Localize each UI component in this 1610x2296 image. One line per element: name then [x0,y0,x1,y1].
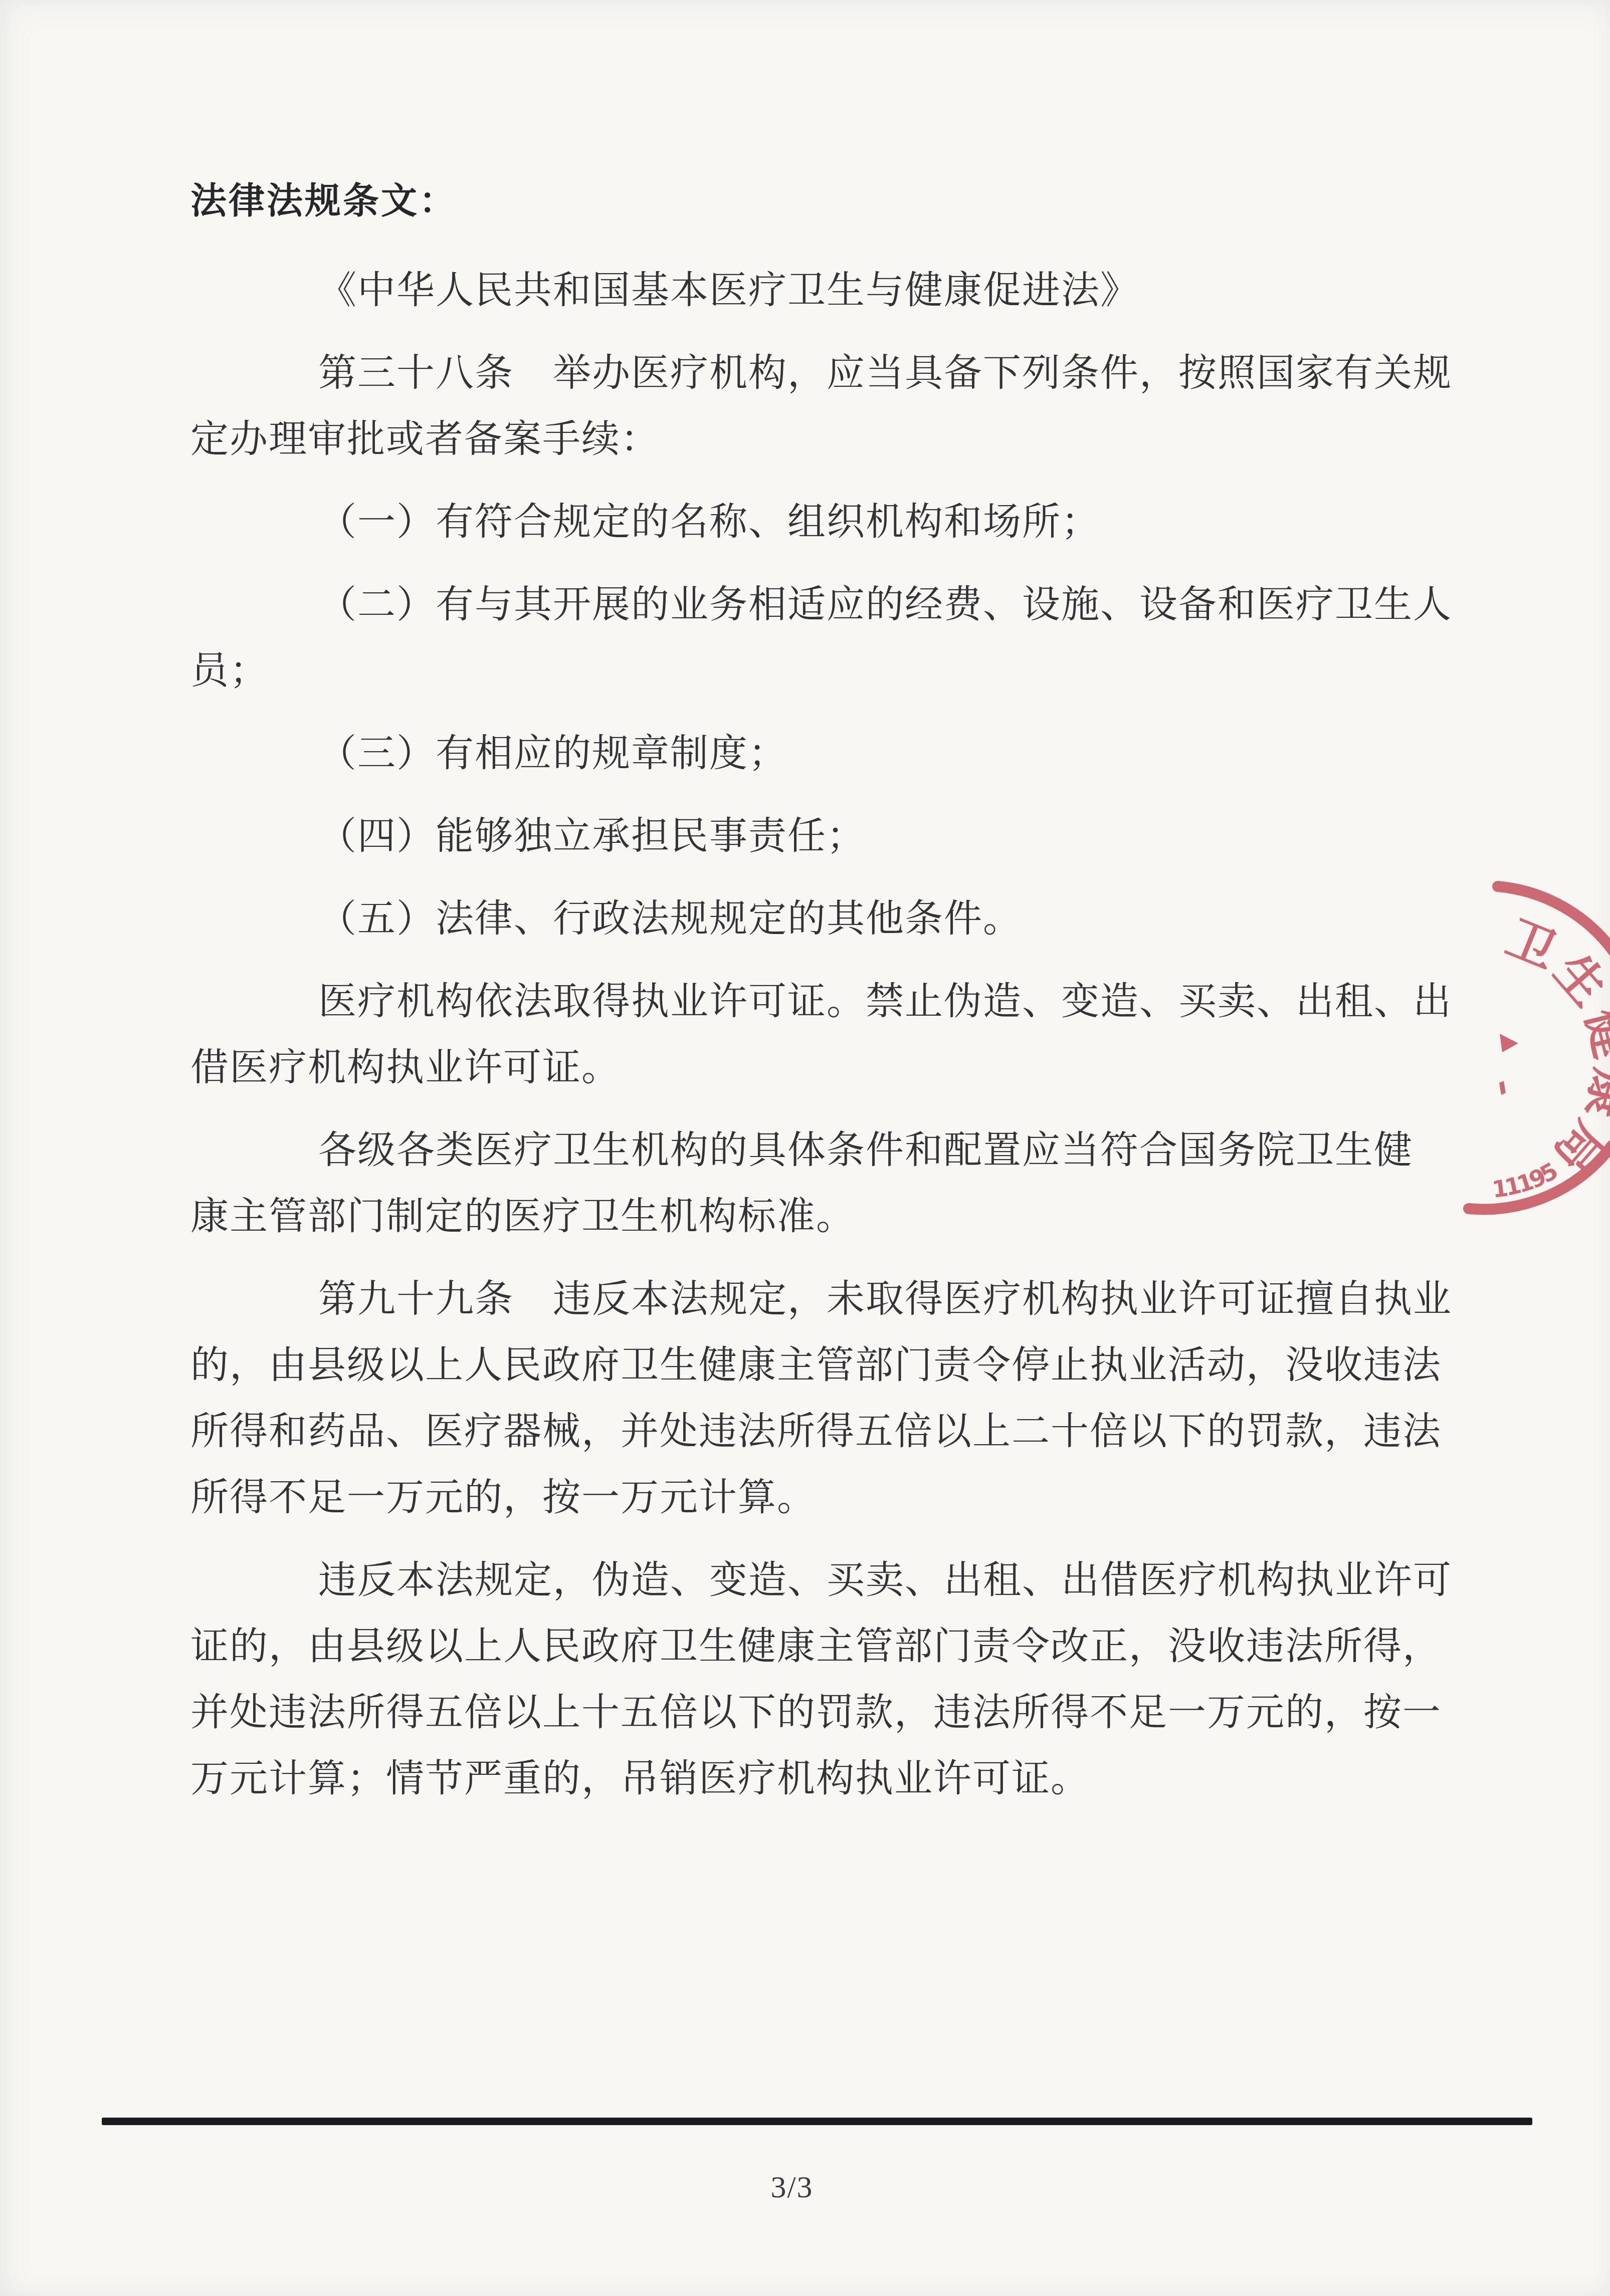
page-number: 3/3 [0,2170,1584,2205]
text-line: （四）能够独立承担民事责任； [190,803,1586,869]
seal-text-char: 健 [1575,1003,1610,1063]
seal-text-char: 康 [1575,1064,1610,1124]
text-line: 定办理审批或者备案手续： [190,406,1459,473]
seal-text-char: 卫 [1499,909,1564,980]
official-seal-stamp: 卫 生 健 康 局 1 1 1 9 5 [1303,862,1610,1243]
text-line: （三）有相应的规章制度； [190,721,1586,787]
text-line: 康主管部门制定的医疗卫生机构标准。 [190,1184,1459,1250]
seal-text: 卫 生 健 康 局 [1499,909,1610,1184]
text-line: （一）有符合规定的名称、组织机构和场所； [190,489,1586,555]
text-line: 所得和药品、医疗器械，并处违法所得五倍以上二十倍以下的罚款，违法 [190,1399,1459,1465]
text-line: 第三十八条 举办医疗机构，应当具备下列条件，按照国家有关规 [190,340,1586,406]
text-line: 所得不足一万元的，按一万元计算。 [190,1465,1459,1531]
footer-divider [102,2118,1532,2125]
text-line: 员； [190,638,1459,704]
text-line: 《中华人民共和国基本医疗卫生与健康促进法》 [190,258,1586,324]
text-line: 借医疗机构执业许可证。 [190,1035,1459,1101]
text-line: 万元计算；情节严重的，吊销医疗机构执业许可证。 [190,1746,1459,1812]
seal-ink-speck [1499,1081,1506,1095]
document-page: 法律法规条文： 《中华人民共和国基本医疗卫生与健康促进法》 第三十八条 举办医疗… [0,0,1610,2296]
page-heading: 法律法规条文： [190,167,1444,234]
text-line: 证的，由县级以上人民政府卫生健康主管部门责令改正，没收违法所得， [190,1614,1459,1680]
seal-star-point-icon [1500,1034,1518,1052]
text-line: 的，由县级以上人民政府卫生健康主管部门责令停止执业活动，没收违法 [190,1332,1459,1399]
text-line: （二）有与其开展的业务相适应的经费、设施、设备和医疗卫生人 [190,572,1586,638]
text-line: 违反本法规定，伪造、变造、买卖、出租、出借医疗机构执业许可 [190,1547,1586,1614]
text-line: 并处违法所得五倍以上十五倍以下的罚款，违法所得不足一万元的，按一 [190,1680,1459,1746]
text-line: 第九十九条 违反本法规定，未取得医疗机构执业许可证擅自执业 [190,1266,1586,1332]
